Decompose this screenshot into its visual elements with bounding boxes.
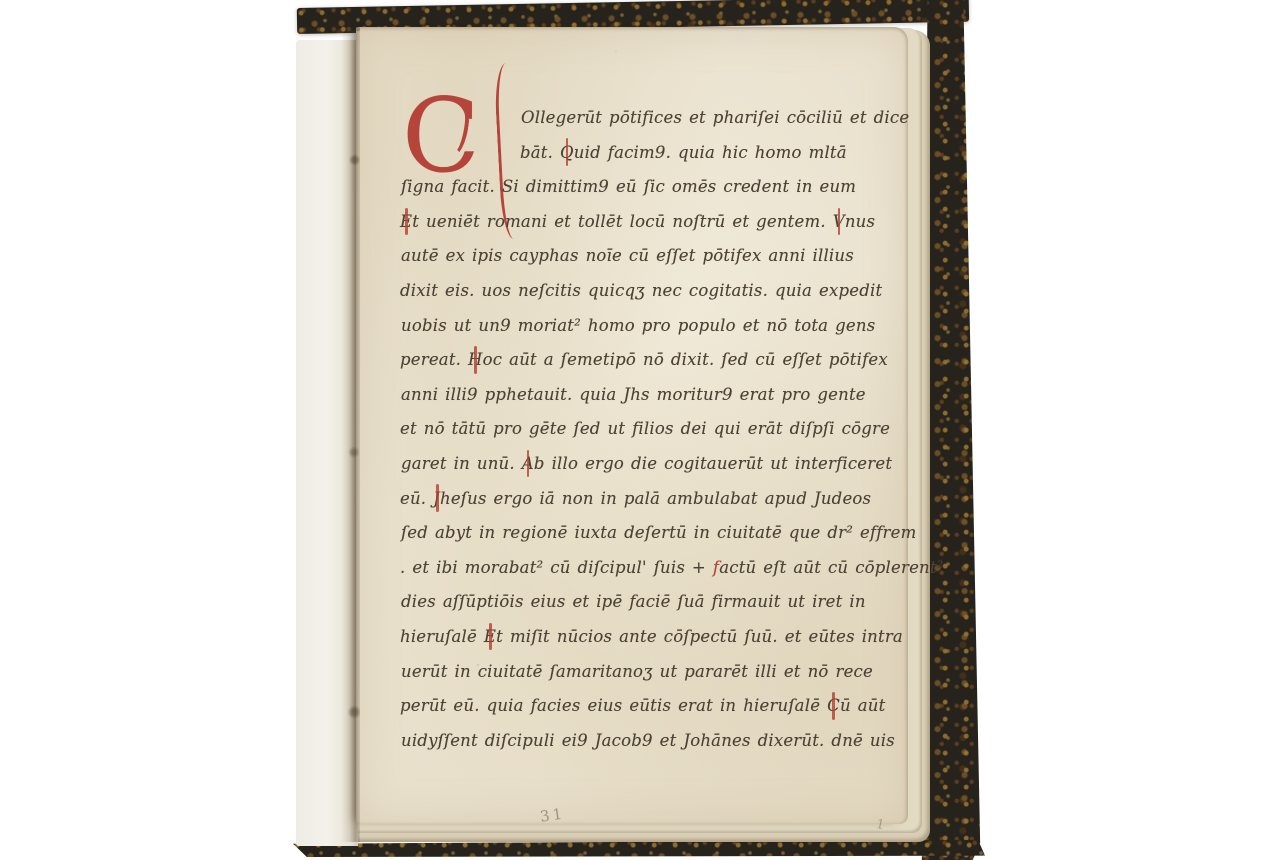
text-segment: nus <box>845 212 875 231</box>
manuscript-line: uobis ut un9 moriat² homo pro populo et … <box>401 309 906 344</box>
text-segment: ū aūt <box>840 696 885 715</box>
text-segment: ſed abyt in regionē iuxta deſertū in ciu… <box>401 523 916 542</box>
text-segment: perūt eū. quia facies eius eūtis erat in… <box>400 696 827 715</box>
text-segment: pereat. <box>400 350 468 369</box>
manuscript-page: C Ollegerūt pōtifices et phariſei cōcili… <box>356 27 908 824</box>
text-segment: . et ibi morabat² cū diſcipul' ſuis + <box>400 558 713 577</box>
text-segment: b illo ergo die cogitauerūt ut interfice… <box>534 454 892 473</box>
manuscript-line: anni illi9 pphetauit. quia Jhs moritur9 … <box>401 378 906 413</box>
text-segment: actū eſt aūt cū cōplerent² <box>719 558 943 577</box>
text-segment: dies aſſūptiōis eius et ipē faciē ſuā fi… <box>401 592 866 611</box>
text-segment: anni illi9 pphetauit. quia Jhs moritur9 … <box>401 385 866 404</box>
manuscript-line: ſigna facit. Si dimittim9 eū ſic omēs cr… <box>401 170 906 205</box>
manuscript-photo: C Ollegerūt pōtifices et phariſei cōcili… <box>0 0 1280 860</box>
rubricated-letter: C <box>827 689 840 724</box>
text-segment: uidyſſent diſcipuli ei9 Jacob9 et Johāne… <box>401 731 895 750</box>
text-segment: garet in unū. <box>401 454 522 473</box>
rubricated-letter: Q <box>560 136 574 171</box>
manuscript-line: Et ueniēt romani et tollēt locū noſtrū e… <box>400 205 905 240</box>
rubricated-letter: A <box>522 447 534 482</box>
text-segment: uerūt in ciuitatē ſamaritanoʒ ut pararēt… <box>401 662 873 681</box>
manuscript-line: dixit eis. uos neſcitis quicqʒ nec cogit… <box>400 274 905 309</box>
manuscript-line: pereat. Hoc aūt a ſemetipō nō dixit. ſed… <box>400 343 905 378</box>
folio-number: 31 <box>539 804 566 825</box>
text-segment: uid facim9. quia hic homo mltā <box>574 143 847 162</box>
manuscript-line: Ollegerūt pōtifices et phariſei cōciliū … <box>401 101 906 136</box>
manuscript-line: hieruſalē Et miſit nūcios ante cōſpectū … <box>400 620 905 655</box>
text-segment: heſus ergo iā non in palā ambulabat apud… <box>440 489 871 508</box>
rubricated-letter: H <box>468 343 483 378</box>
text-segment: autē ex ipis cayphas noīe cū eſſet pōtif… <box>401 246 854 265</box>
text-segment: eū. <box>400 489 433 508</box>
text-segment: uobis ut un9 moriat² homo pro populo et … <box>401 316 875 335</box>
text-segment: et nō tātū pro gēte ſed ut filios dei qu… <box>400 419 890 438</box>
text-segment: bāt. <box>520 143 560 162</box>
parchment-stains <box>356 27 360 31</box>
manuscript-line: autē ex ipis cayphas noīe cū eſſet pōtif… <box>401 239 906 274</box>
text-segment: ſigna facit. Si dimittim9 eū ſic omēs cr… <box>401 177 856 196</box>
manuscript-line: dies aſſūptiōis eius et ipē faciē ſuā fi… <box>401 585 906 620</box>
manuscript-line: garet in unū. Ab illo ergo die cogitauer… <box>401 447 906 482</box>
rubricated-letter: V <box>833 205 845 240</box>
text-segment: Ollegerūt pōtifices et phariſei cōciliū … <box>521 108 909 127</box>
text-segment: hieruſalē <box>400 627 484 646</box>
manuscript-line: eū. Jheſus ergo iā non in palā ambulabat… <box>400 482 905 517</box>
manuscript-line: bāt. Quid facim9. quia hic homo mltā <box>400 136 905 171</box>
text-segment: t miſit nūcios ante cōſpectū ſuū. et eūt… <box>496 627 903 646</box>
rubricated-letter: J <box>433 482 440 517</box>
manuscript-line: ſed abyt in regionē iuxta deſertū in ciu… <box>401 516 906 551</box>
manuscript-line: . et ibi morabat² cū diſcipul' ſuis + fa… <box>400 551 905 586</box>
text-block: Ollegerūt pōtifices et phariſei cōciliū … <box>400 101 905 758</box>
book-cover-bottom-edge <box>293 840 985 857</box>
text-segment: oc aūt a ſemetipō nō dixit. ſed cū eſſet… <box>483 350 888 369</box>
rubricated-letter: E <box>484 620 496 655</box>
manuscript-line: uerūt in ciuitatē ſamaritanoʒ ut pararēt… <box>401 655 906 690</box>
text-segment: dixit eis. uos neſcitis quicqʒ nec cogit… <box>400 281 882 300</box>
rubricated-letter: E <box>400 205 412 240</box>
manuscript-line: uidyſſent diſcipuli ei9 Jacob9 et Johāne… <box>401 724 906 759</box>
text-segment: t ueniēt romani et tollēt locū noſtrū et… <box>412 212 832 231</box>
facing-page-edge <box>296 40 358 846</box>
manuscript-line: perūt eū. quia facies eius eūtis erat in… <box>400 689 905 724</box>
manuscript-line: et nō tātū pro gēte ſed ut filios dei qu… <box>400 412 905 447</box>
